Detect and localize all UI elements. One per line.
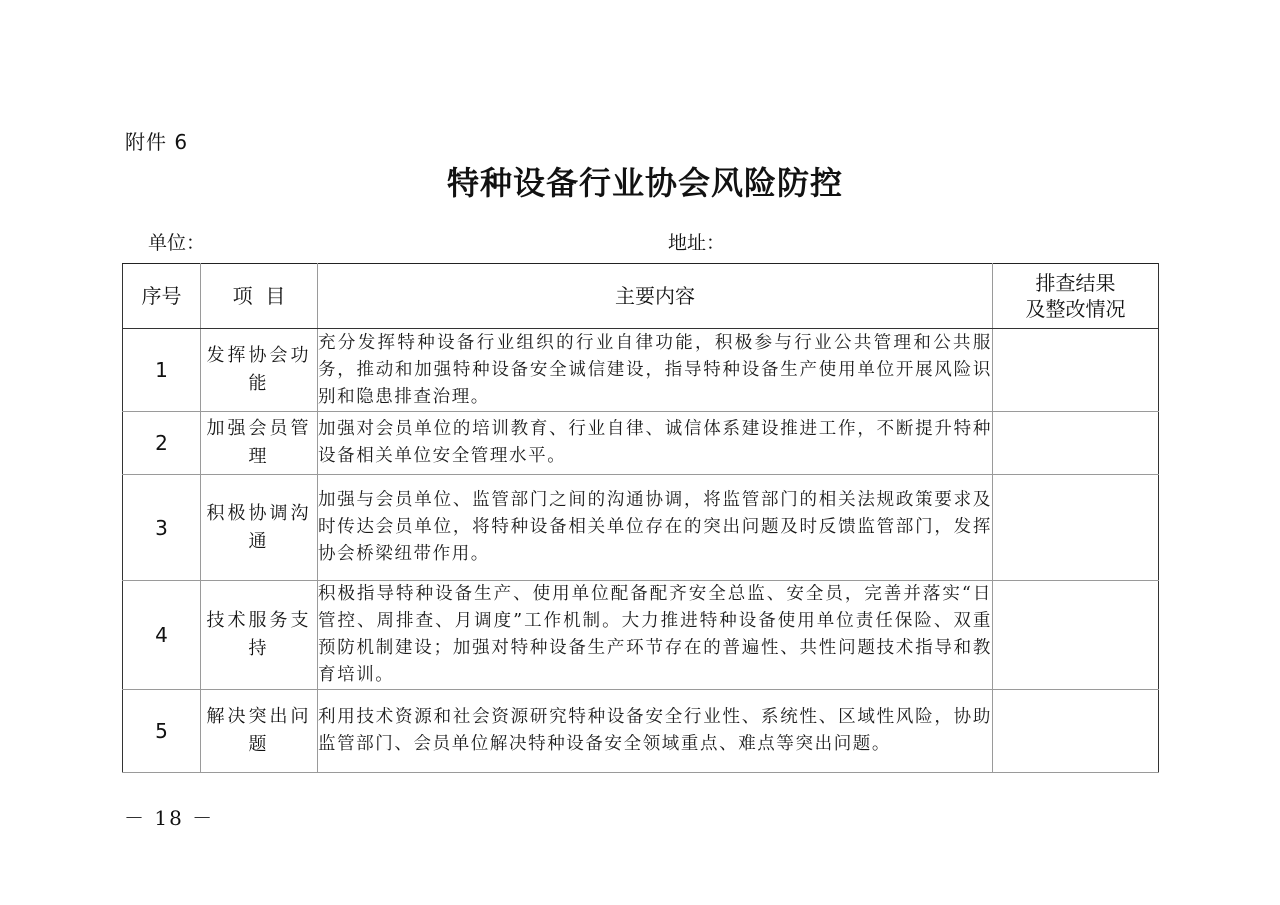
row-index: 1 [123, 329, 201, 412]
address-label: 地址： [668, 228, 725, 255]
row-result-cell[interactable] [993, 690, 1159, 773]
row-content: 加强与会员单位、监管部门之间的沟通协调，将监管部门的相关法规政策要求及时传达会员… [318, 475, 993, 581]
row-item: 加强会员管理 [201, 412, 318, 475]
row-item: 发挥协会功能 [201, 329, 318, 412]
document-title: 特种设备行业协会风险防控 [0, 158, 1280, 204]
row-item: 技术服务支持 [201, 581, 318, 690]
table-row: 2 加强会员管理 加强对会员单位的培训教育、行业自律、诚信体系建设推进工作，不断… [123, 412, 1159, 475]
row-item: 解决突出问题 [201, 690, 318, 773]
row-content: 利用技术资源和社会资源研究特种设备安全行业性、系统性、区域性风险，协助监管部门、… [318, 690, 993, 773]
row-result-cell[interactable] [993, 581, 1159, 690]
header-item: 项 目 [201, 264, 318, 329]
table-row: 5 解决突出问题 利用技术资源和社会资源研究特种设备安全行业性、系统性、区域性风… [123, 690, 1159, 773]
header-result: 排查结果 及整改情况 [993, 264, 1159, 329]
header-index: 序号 [123, 264, 201, 329]
row-content: 加强对会员单位的培训教育、行业自律、诚信体系建设推进工作，不断提升特种设备相关单… [318, 412, 993, 475]
unit-label: 单位： [148, 228, 205, 255]
row-index: 4 [123, 581, 201, 690]
row-item: 积极协调沟通 [201, 475, 318, 581]
table-row: 3 积极协调沟通 加强与会员单位、监管部门之间的沟通协调，将监管部门的相关法规政… [123, 475, 1159, 581]
header-result-line2: 及整改情况 [993, 296, 1158, 322]
table-row: 1 发挥协会功能 充分发挥特种设备行业组织的行业自律功能，积极参与行业公共管理和… [123, 329, 1159, 412]
row-result-cell[interactable] [993, 412, 1159, 475]
row-result-cell[interactable] [993, 475, 1159, 581]
table-row: 4 技术服务支持 积极指导特种设备生产、使用单位配备配齐安全总监、安全员，完善并… [123, 581, 1159, 690]
row-index: 2 [123, 412, 201, 475]
page-number: － 18 － [124, 802, 214, 831]
risk-control-table: 序号 项 目 主要内容 排查结果 及整改情况 1 发挥协会功能 充分发挥特种设备… [122, 263, 1159, 773]
table-header-row: 序号 项 目 主要内容 排查结果 及整改情况 [123, 264, 1159, 329]
header-content: 主要内容 [318, 264, 993, 329]
attachment-label: 附件 6 [125, 126, 188, 155]
row-index: 5 [123, 690, 201, 773]
row-result-cell[interactable] [993, 329, 1159, 412]
row-index: 3 [123, 475, 201, 581]
row-content: 积极指导特种设备生产、使用单位配备配齐安全总监、安全员，完善并落实“日管控、周排… [318, 581, 993, 690]
header-result-line1: 排查结果 [993, 270, 1158, 296]
row-content: 充分发挥特种设备行业组织的行业自律功能，积极参与行业公共管理和公共服务，推动和加… [318, 329, 993, 412]
